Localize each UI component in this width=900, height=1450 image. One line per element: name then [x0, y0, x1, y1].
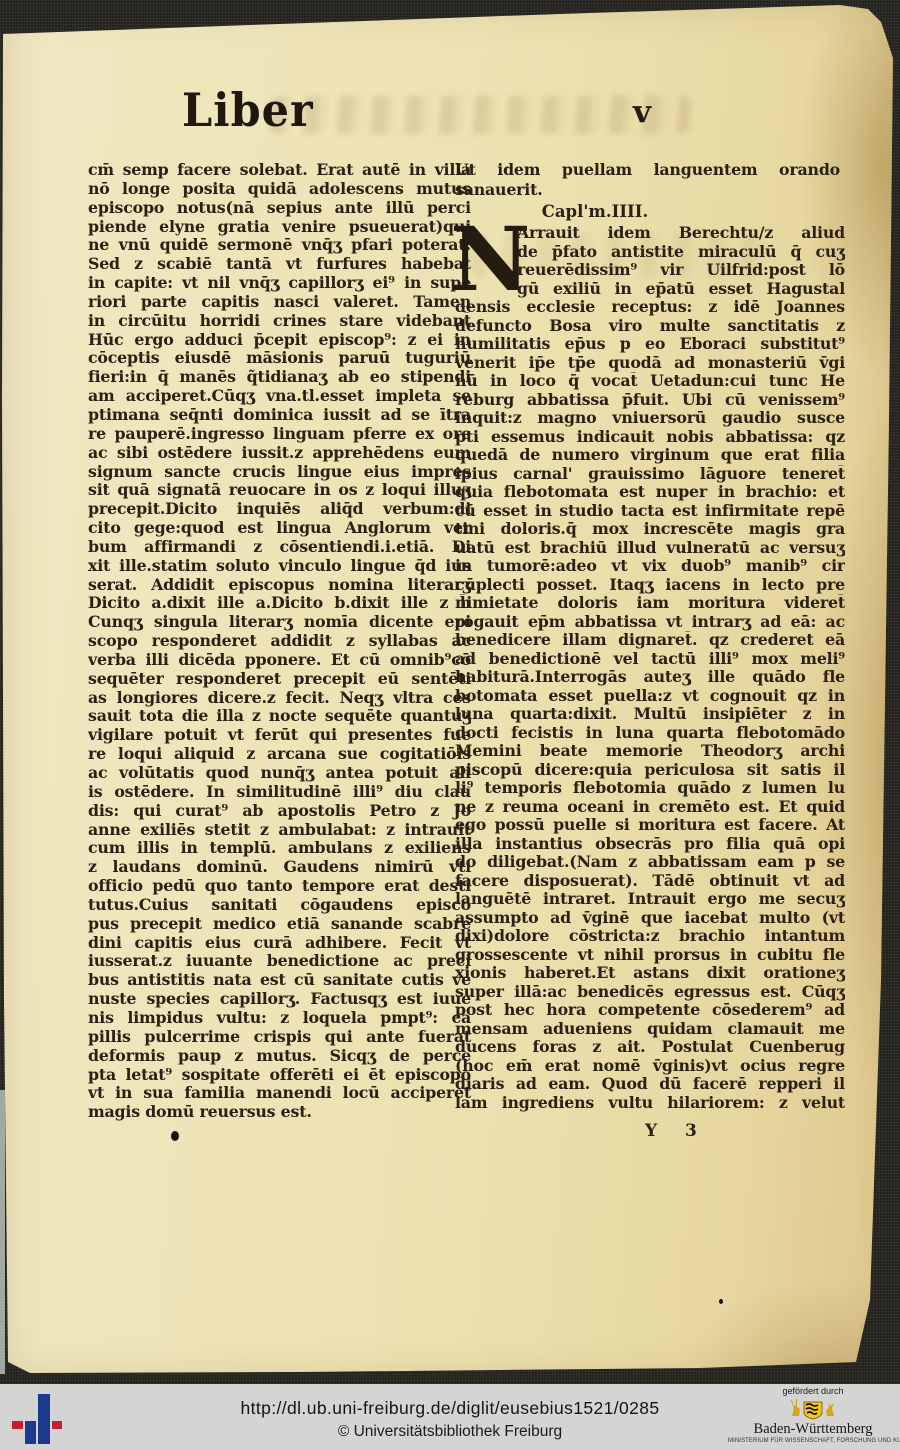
text-line: gū exiliū in ep̄atū esset Hagustal: [517, 280, 845, 299]
text-line: tini doloris.q̄ mox increscēte magis gra: [455, 520, 845, 539]
book-page-scan: Liber v cm̄ semp facere solebat. Erat au…: [0, 0, 900, 1384]
text-line: cōceptis eiusdē māsionis paruū tuguriū: [88, 349, 471, 368]
text-line: deformis paup z mutus. Sicqʒ de perce: [88, 1047, 471, 1066]
text-line: anne exiliēs stetit z ambulabat: z intra…: [88, 821, 471, 840]
text-line: episcopo notus(nā sepius ante illū perci: [88, 199, 471, 218]
text-line: Dicito a.dixit ille a.Dicito b.dixit ill…: [88, 594, 471, 613]
text-line: post hec hora competente cōsederem⁹ ad: [455, 1001, 845, 1020]
text-line: verba illi dicēda pponere. Et cū omnib⁹c…: [88, 651, 471, 670]
text-line: ac sibi ostēdere iussit.z apprehēdens eu…: [88, 444, 471, 463]
text-line: cum illis in templū. ambulans z exiliens: [88, 839, 471, 858]
text-line: densis ecclesie receptus: z idē Joannes: [455, 298, 845, 317]
text-line: Memini beate memorie Theodorʒ archi: [455, 742, 845, 761]
text-line: rogauit ep̄m abbatissa vt intrarʒ ad eā:…: [455, 613, 845, 632]
text-line: Sed z scabiē tantā vt furfures habebat: [88, 255, 471, 274]
text-line: re pauperē.ingresso linguam pferre ex or…: [88, 425, 471, 444]
text-line: pti essemus indicauit nobis abbatissa: q…: [455, 428, 845, 447]
scan-viewport: Liber v cm̄ semp facere solebat. Erat au…: [0, 0, 900, 1450]
text-line: nimietate doloris iam moritura videret̄: [455, 594, 845, 613]
text-line: reuerēdissim⁹ vir Uilfrid:post lō: [517, 261, 845, 280]
text-line: as longiores dicere.z fecit. Neqʒ vltra …: [88, 689, 471, 708]
text-line: reburg abbatissa p̄fuit. Ubi cū venissem…: [455, 391, 845, 410]
text-line: docti fecistis in luna quarta flebotomād…: [455, 724, 845, 743]
text-line: dis: qui curat⁹ ab apostolis Petro z Jo: [88, 802, 471, 821]
text-line: bus antistitis nata est cū sanitate cuti…: [88, 971, 471, 990]
text-line: xionis haberet.Et astans dixit orationeʒ: [455, 964, 845, 983]
text-line: nuste species capillorʒ. Factusqʒ est iu…: [88, 990, 471, 1009]
text-line: botomata esset puella:z vt cognouit qz i…: [455, 687, 845, 706]
text-line: ad benedictionē vel tactū illi⁹ mox meli…: [455, 650, 845, 669]
bleedthrough-ghost: [269, 96, 692, 134]
text-line: nū in loco q̄ vocat̄ Uetadun:cui tunc He: [455, 372, 845, 391]
text-line: scopo responderet addidit z syllabas ac: [88, 632, 471, 651]
text-line: quia flebotomata est nuper in brachio: e…: [455, 483, 845, 502]
text-line: sanauerit.: [455, 180, 840, 200]
text-line: luna quarta:dixit. Multū insipiēter z in: [455, 705, 845, 724]
text-line: mensam adueniens quidam clamauit me: [455, 1020, 845, 1039]
text-line: ego possū puelle si moritura est facere.…: [455, 816, 845, 835]
left-text-column: cm̄ semp facere solebat. Erat autē in vi…: [88, 161, 471, 1122]
text-line: vigilare potuit vt ferūt qui presentes f…: [88, 726, 471, 745]
text-line: super illā:ac benedicēs egressus est. Cū…: [455, 983, 845, 1002]
text-line: diaris ad eam. Quod dū facerē repperi il: [455, 1075, 845, 1094]
text-line: benedicere illam dignaret̄. qz crederet …: [455, 631, 845, 650]
text-line: cū esset in studio tacta est infirmitate…: [455, 502, 845, 521]
text-line: grossescente vt nihil prorsus in cubitu …: [455, 946, 845, 965]
text-line: ptimana seq̄nti dominica iussit ad se īt…: [88, 406, 471, 425]
text-line: sauit tota die illa z nocte sequēte quan…: [88, 707, 471, 726]
coat-of-arms-icon: [784, 1396, 842, 1422]
text-line: officio pedū quo tanto tempore erat dest…: [88, 877, 471, 896]
chapter-title: Ut idem puellam languentem orandosanauer…: [455, 160, 840, 199]
text-line: precepit.Dicito inquiēs aliq̄d verbum:di: [88, 500, 471, 519]
text-line: inquit:z magno vniuersorū gaudio susce: [455, 409, 845, 428]
text-line: ipius carnal' grauissimo lāguore teneret…: [455, 465, 845, 484]
right-text-column-indented: Arrauit idem Berechtu/z aliudde p̄fato a…: [517, 224, 845, 298]
text-line: habiturā.Interrogās auteʒ ille quādo fle: [455, 668, 845, 687]
book-number: v: [633, 94, 651, 130]
text-line: re loqui aliquid z arcana sue cogitatiōi…: [88, 745, 471, 764]
text-line: quedā de numero virginum que erat filia: [455, 446, 845, 465]
text-line: nō longe posita quidā adolescens mutus: [88, 180, 471, 199]
scanner-edge: [0, 1090, 5, 1374]
running-title: Liber: [182, 85, 314, 138]
text-line: in tumorē:adeo vt vix duob⁹ manib⁹ cir: [455, 557, 845, 576]
ink-spot: [171, 1131, 179, 1141]
text-line: am acciperet.Cūqʒ vna.tl.esset impleta s…: [88, 387, 471, 406]
funder-name: Baden-Württemberg: [728, 1422, 898, 1437]
drop-cap-initial: N: [450, 218, 514, 300]
quire-signature: Y 3: [645, 1121, 697, 1141]
text-line: fieri:in q̄ manēs q̃tidianaʒ ab eo stipe…: [88, 368, 471, 387]
text-line: bum affirmandi z cōsentiendi.i.etiā. Di: [88, 538, 471, 557]
text-line: pta letat⁹ sospitate offerēti ei ēt epis…: [88, 1066, 471, 1085]
text-line: humilitatis ep̄us p eo Eboraci substitut…: [455, 335, 845, 354]
text-line: pillis pulcerrime crispis qui ante fuera…: [88, 1028, 471, 1047]
text-line: languētē intraret. Intrauit ergo me secu…: [455, 890, 845, 909]
text-line: xit ille.statim soluto vinculo lingue q̄…: [88, 557, 471, 576]
text-line: dini capitis eius curā adhibere. Fecit v…: [88, 934, 471, 953]
text-line: riori parte capitis nasci valeret. Tamen: [88, 293, 471, 312]
text-line: in capite: vt nil vnq̄ʒ capillorʒ ei⁹ in…: [88, 274, 471, 293]
text-line: ac volūtatis quod nunq̄ʒ antea potuit al…: [88, 764, 471, 783]
text-line: assumpto ad v̄ginē que iacebat multo (vt: [455, 909, 845, 928]
text-line: tutus.Cuius sanitati cōgaudens episco: [88, 896, 471, 915]
funder-subtitle: MINISTERIUM FÜR WISSENSCHAFT, FORSCHUNG …: [728, 1437, 898, 1445]
text-line: pus precepit medico etiā sanande scabre: [88, 915, 471, 934]
right-text-column: densis ecclesie receptus: z idē Joannesd…: [455, 298, 845, 1112]
text-line: de p̄fato antistite miraculū q̄ cuʒ: [517, 243, 845, 262]
text-line: vt in sua familia manendi locū acciperet: [88, 1084, 471, 1103]
text-line: magis domū reuersus est.: [88, 1103, 471, 1122]
text-line: z laudans dominū. Gaudens nimirū vti: [88, 858, 471, 877]
text-line: piscopū dicere:quia periculosa sit satis…: [455, 761, 845, 780]
text-line: ne vnū quidē sermonē vnq̄ʒ pfari poterat…: [88, 236, 471, 255]
text-line: do diligebat.(Nam z abbatissam eam p se: [455, 853, 845, 872]
text-line: ducens foras z ait. Postulat Cuenberug: [455, 1038, 845, 1057]
text-line: dixi)dolore cōstricta:z brachio intantum: [455, 927, 845, 946]
text-line: piende elyne gratia venire psueuerat)qui: [88, 218, 471, 237]
text-line: Cunqʒ singula literarʒ nomīa dicente epi: [88, 613, 471, 632]
text-line: cūplecti posset. Itaqʒ iacens in lecto p…: [455, 576, 845, 595]
text-line: is ostēdere. In similitudinē illi⁹ diu c…: [88, 783, 471, 802]
text-line: (hoc em̄ erat nomē v̄ginis)vt ocius regr…: [455, 1057, 845, 1076]
text-line: cito gege:quod est lingua Anglorum ver: [88, 519, 471, 538]
ink-spot: [719, 1299, 723, 1304]
text-line: signum sancte crucis lingue eius impres: [88, 463, 471, 482]
text-line: uatū est brachiū illud vulneratū ac vers…: [455, 539, 845, 558]
text-line: ne z reuma oceani in cremēto est. Et qui…: [455, 798, 845, 817]
text-line: sit quā signatā reuocare in os z loqui i…: [88, 481, 471, 500]
text-line: cm̄ semp facere solebat. Erat autē in vi…: [88, 161, 471, 180]
text-line: nis limpidus vultu: z loquela pmpt⁹: ca: [88, 1009, 471, 1028]
text-line: Hūc ergo adduci p̄cepit episcop⁹: z ei i…: [88, 331, 471, 350]
text-line: iusserat.z iuuante benedictione ac preci: [88, 952, 471, 971]
funding-note: gefördert durch: [728, 1386, 898, 1396]
text-line: illa instantius obsecrās pro filia quā o…: [455, 835, 845, 854]
text-line: sequēter responderet precepit eū sentēti: [88, 670, 471, 689]
text-line: venerit ip̄e tp̄e quodā ad monasteriū v̄…: [455, 354, 845, 373]
text-line: li⁹ temporis flebotomia quādo z lumen lu: [455, 779, 845, 798]
text-line: defuncto Bosa viro multe sanctitatis z: [455, 317, 845, 336]
funding-block: gefördert durch Baden-Württemberg MINIST…: [728, 1386, 898, 1445]
text-line: serat. Addidit episcopus nomina literarʒ: [88, 576, 471, 595]
text-line: in circūitu horridi crines stare videban…: [88, 312, 471, 331]
text-line: Arrauit idem Berechtu/z aliud: [517, 224, 845, 243]
text-line: lam ingrediens vultu hilariorem: z velut: [455, 1094, 845, 1113]
text-line: Ut idem puellam languentem orando: [455, 160, 840, 180]
text-line: facere disposuerat). Tādē obtinuit vt ad: [455, 872, 845, 891]
